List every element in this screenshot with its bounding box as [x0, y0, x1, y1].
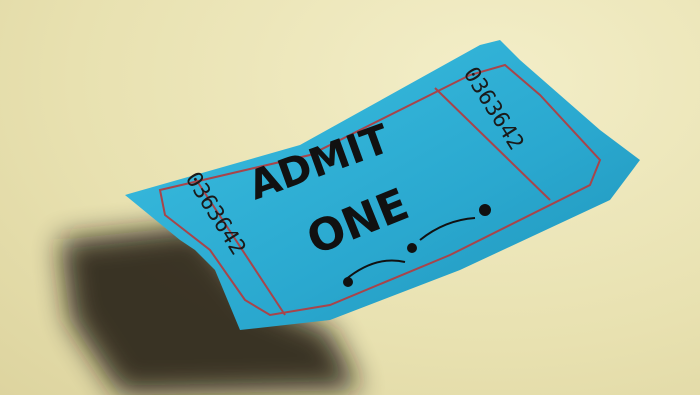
photo-scene: ADMIT ONE 0363642 0363642 — [0, 0, 700, 395]
ticket-illustration: ADMIT ONE 0363642 0363642 — [0, 0, 700, 395]
